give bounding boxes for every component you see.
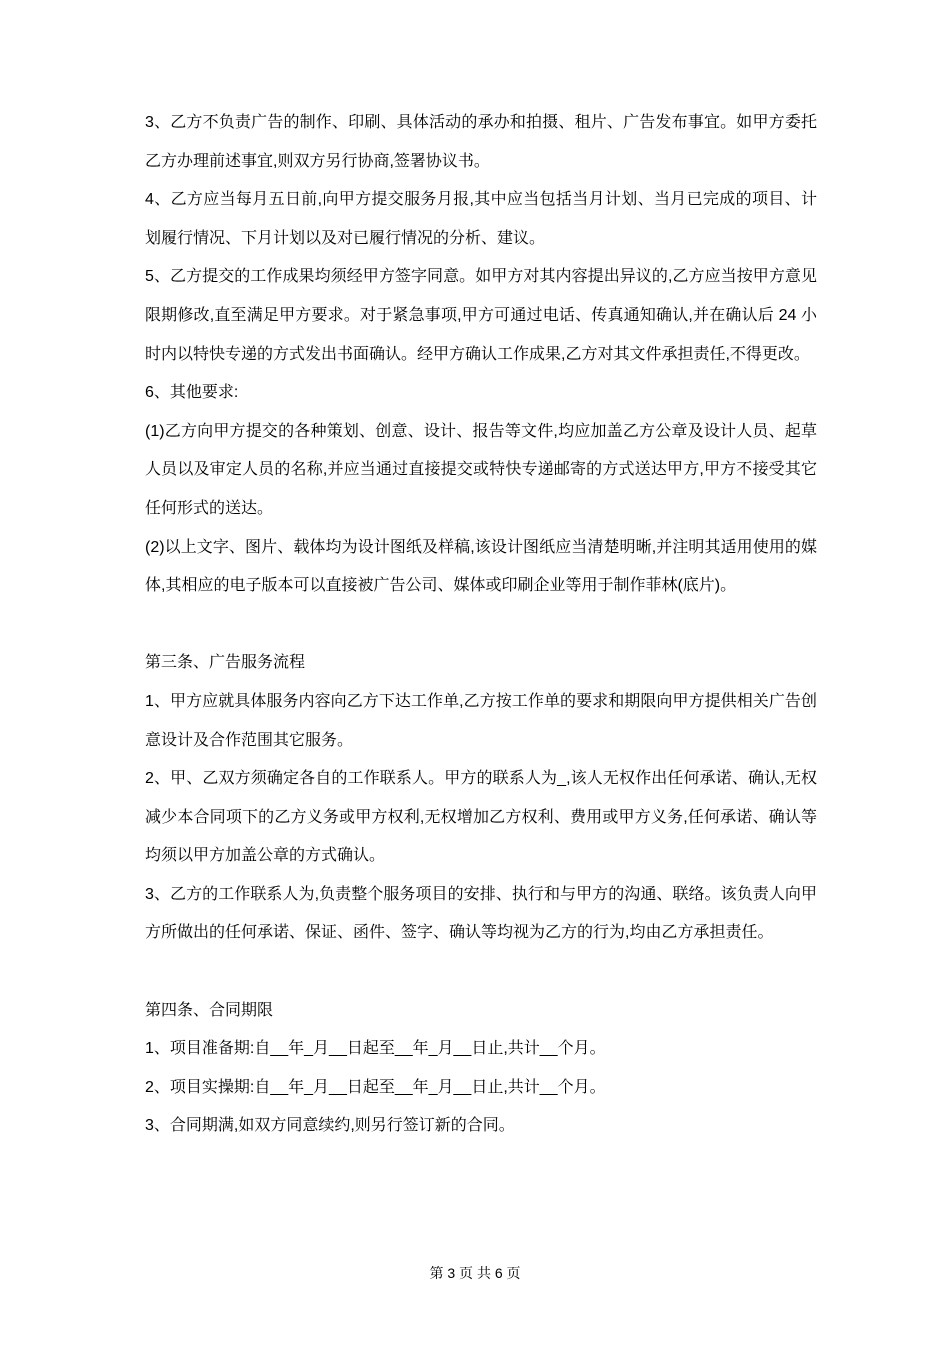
article-4-heading: 第四条、合同期限 (145, 992, 817, 1031)
clause-3-3: 3、乙方的工作联系人为,负责整个服务项目的安排、执行和与甲方的沟通、联络。该负责… (145, 876, 817, 953)
clause-3-1: 1、甲方应就具体服务内容向乙方下达工作单,乙方按工作单的要求和期限向甲方提供相关… (145, 683, 817, 760)
clause-4-3: 3、合同期满,如双方同意续约,则另行签订新的合同。 (145, 1107, 817, 1146)
contract-body: 3、乙方不负责广告的制作、印刷、具体活动的承办和拍摄、租片、广告发布事宜。如甲方… (145, 104, 817, 1146)
clause-2-3: 3、乙方不负责广告的制作、印刷、具体活动的承办和拍摄、租片、广告发布事宜。如甲方… (145, 104, 817, 181)
clause-2-6: 6、其他要求: (145, 374, 817, 413)
page-footer: 第 3 页 共 6 页 (0, 1263, 950, 1283)
clause-3-2: 2、甲、乙双方须确定各自的工作联系人。甲方的联系人为_,该人无权作出任何承诺、确… (145, 760, 817, 876)
page-number-indicator: 第 3 页 共 6 页 (429, 1265, 520, 1281)
clause-2-5: 5、乙方提交的工作成果均须经甲方签字同意。如甲方对其内容提出异议的,乙方应当按甲… (145, 258, 817, 374)
clause-2-6-2: (2)以上文字、图片、载体均为设计图纸及样稿,该设计图纸应当清楚明晰,并注明其适… (145, 529, 817, 606)
article-3-heading: 第三条、广告服务流程 (145, 644, 817, 683)
clause-4-1: 1、项目准备期:自__年_月__日起至__年_月__日止,共计__个月。 (145, 1030, 817, 1069)
clause-2-6-1: (1)乙方向甲方提交的各种策划、创意、设计、报告等文件,均应加盖乙方公章及设计人… (145, 413, 817, 529)
document-page: 3、乙方不负责广告的制作、印刷、具体活动的承办和拍摄、租片、广告发布事宜。如甲方… (0, 0, 950, 1346)
clause-4-2: 2、项目实操期:自__年_月__日起至__年_月__日止,共计__个月。 (145, 1069, 817, 1108)
clause-2-4: 4、乙方应当每月五日前,向甲方提交服务月报,其中应当包括当月计划、当月已完成的项… (145, 181, 817, 258)
